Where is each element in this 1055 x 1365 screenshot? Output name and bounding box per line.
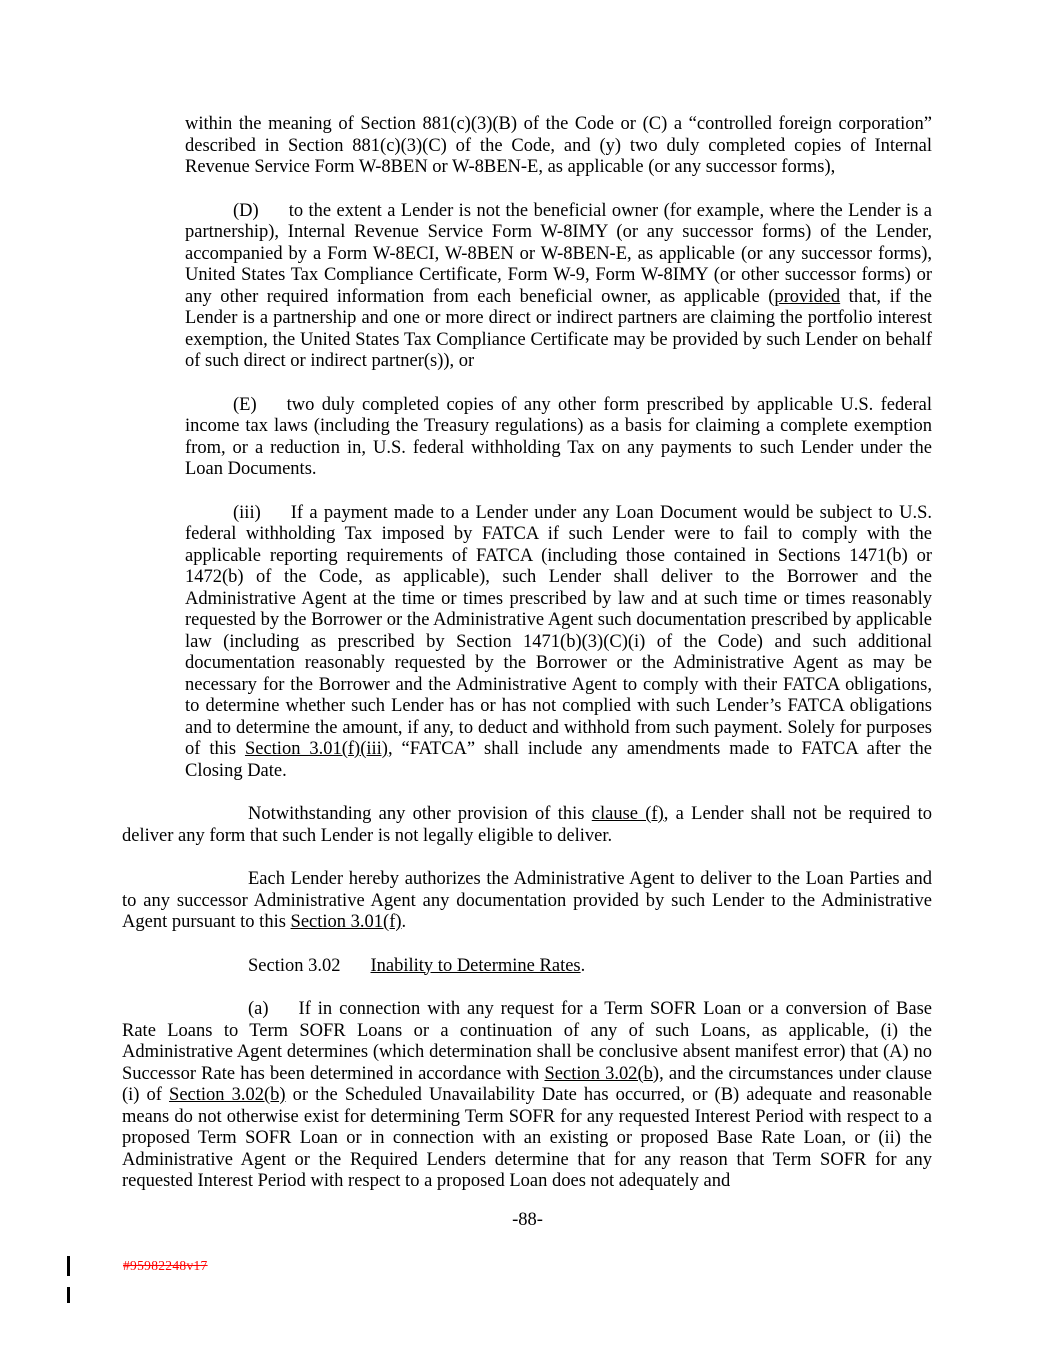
paragraph-clause-D: (D)to the extent a Lender is not the ben…	[185, 201, 932, 373]
clause-label: (E)	[233, 395, 257, 415]
paragraph-clause-E: (E)two duly completed copies of any othe…	[185, 395, 932, 481]
paragraph-text: If a payment made to a Lender under any …	[185, 503, 932, 760]
revision-change-bar	[67, 1256, 70, 1276]
page-number: -88-	[0, 1210, 1055, 1232]
paragraph-continuation: within the meaning of Section 881(c)(3)(…	[185, 114, 932, 179]
section-title: Inability to Determine Rates	[371, 956, 581, 976]
section-reference: Section 3.01(f)	[291, 912, 402, 932]
paragraph-clause-iii: (iii)If a payment made to a Lender under…	[185, 503, 932, 783]
doc-id-stamp: #95982248v17	[123, 1258, 208, 1273]
paragraph-text: .	[581, 956, 586, 976]
section-reference: Section 3.01(f)(iii)	[245, 739, 388, 759]
paragraph-notwithstanding: Notwithstanding any other provision of t…	[122, 804, 932, 847]
heading-section-3-02: Section 3.02Inability to Determine Rates…	[122, 956, 932, 978]
paragraph-text: Notwithstanding any other provision of t…	[248, 804, 592, 824]
paragraph-text: Each Lender hereby authorizes the Admini…	[122, 869, 932, 932]
document-body: within the meaning of Section 881(c)(3)(…	[122, 114, 932, 1215]
clause-label: (D)	[233, 201, 259, 221]
section-number: Section 3.02	[248, 956, 341, 976]
revision-change-bar	[67, 1287, 70, 1303]
emphasized-term: provided	[774, 287, 840, 307]
paragraph-text: within the meaning of Section 881(c)(3)(…	[185, 114, 932, 177]
clause-label: (iii)	[233, 503, 261, 523]
paragraph-clause-a: (a)If in connection with any request for…	[122, 999, 932, 1193]
document-page: within the meaning of Section 881(c)(3)(…	[0, 0, 1055, 1365]
clause-reference: clause (f)	[592, 804, 664, 824]
section-reference: Section 3.02(b),	[544, 1064, 663, 1084]
section-reference: Section 3.02(b)	[169, 1085, 286, 1105]
paragraph-text: .	[402, 912, 407, 932]
paragraph-lender-authorization: Each Lender hereby authorizes the Admini…	[122, 869, 932, 934]
clause-label: (a)	[248, 999, 269, 1019]
paragraph-text: two duly completed copies of any other f…	[185, 395, 932, 480]
